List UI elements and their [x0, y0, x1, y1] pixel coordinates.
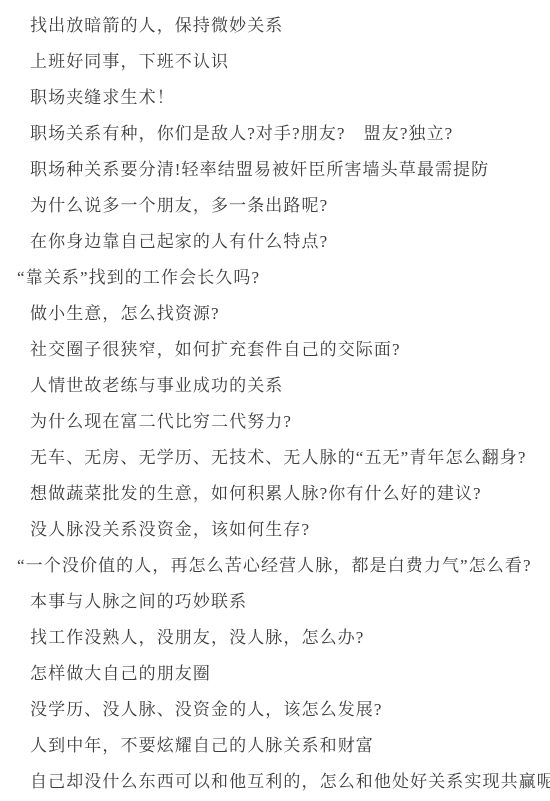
text-line: 没学历、没人脉、没资金的人，该怎么发展? [30, 689, 536, 725]
text-line: 想做蔬菜批发的生意，如何积累人脉?你有什么好的建议? [30, 473, 536, 509]
text-line: 上班好同事，下班不认识 [30, 41, 536, 77]
text-line: 为什么现在富二代比穷二代努力? [30, 401, 536, 437]
question-list: 找出放暗箭的人，保持微妙关系 上班好同事，下班不认识 职场夹缝求生术！ 职场关系… [0, 0, 550, 801]
text-line: 没人脉没关系没资金，该如何生存? [30, 509, 536, 545]
text-line: 自己却没什么东西可以和他互利的，怎么和他处好关系实现共赢呢? [30, 761, 536, 797]
text-line: 职场种关系要分清!轻率结盟易被奸臣所害墙头草最需提防 [30, 149, 536, 185]
text-line: “一个没价值的人，再怎么苦心经营人脉，都是白费力气”怎么看? [17, 545, 536, 581]
text-line: 职场夹缝求生术！ [30, 77, 536, 113]
text-line: 找工作没熟人，没朋友，没人脉，怎么办? [30, 617, 536, 653]
text-line: “靠关系”找到的工作会长久吗? [17, 257, 536, 293]
text-line: 做小生意，怎么找资源? [30, 293, 536, 329]
text-line: 人情世故老练与事业成功的关系 [30, 365, 536, 401]
text-line: 为什么说多一个朋友，多一条出路呢? [30, 185, 536, 221]
text-line: 怎样做大自己的朋友圈 [30, 653, 536, 689]
text-line: 职场关系有种，你们是敌人?对手?朋友? 盟友?独立? [30, 113, 536, 149]
text-line: 本事与人脉之间的巧妙联系 [30, 581, 536, 617]
text-line: 人到中年，不要炫耀自己的人脉关系和财富 [30, 725, 536, 761]
text-line: 找出放暗箭的人，保持微妙关系 [30, 5, 536, 41]
text-line: 无车、无房、无学历、无技术、无人脉的“五无”青年怎么翻身? [30, 437, 536, 473]
text-line: 社交圈子很狭窄，如何扩充套件自己的交际面? [30, 329, 536, 365]
text-line: 在你身边靠自己起家的人有什么特点? [30, 221, 536, 257]
